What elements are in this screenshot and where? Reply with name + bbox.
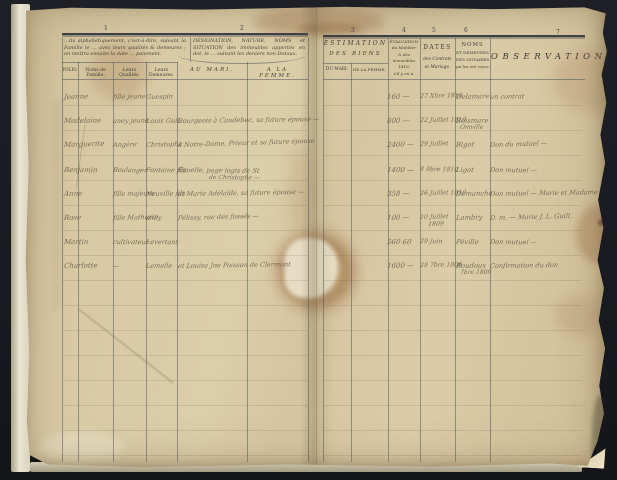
entry-name: Madelaine — [63, 116, 101, 125]
entry-amount: 160 — — [387, 93, 411, 101]
entry-family: Guespin — [146, 92, 174, 101]
entry-dwelling: Pélissy, rue des fossés — — [178, 212, 260, 222]
entry-family: Lemelle — [146, 262, 173, 270]
entry-date: 27 Xbre 1810 — [420, 92, 463, 100]
entry-date: 22 Juillet 1810 — [420, 116, 467, 124]
entry-observation: Don mutuel — Marie et Madame de C. — [490, 188, 617, 198]
entry-dwelling: à Notre-Dame, Prieur et sa future épouse — [178, 137, 316, 149]
entry-observation: un contrat — [490, 92, 525, 101]
entry-family: Fontaine fils — [145, 166, 187, 174]
entry-family: Neuville fils — [146, 189, 186, 198]
entry-amount: 358 — — [387, 190, 411, 198]
entry-amount: 800 — — [386, 117, 410, 125]
entry-name: Rose — [64, 214, 82, 222]
entry-name: Charlotte — [64, 261, 99, 270]
entry-notary2: Omville — [460, 124, 484, 131]
entry-amount: 2400 — — [387, 140, 415, 149]
entry-notary: Lambry — [456, 213, 483, 222]
entry-dwelling: Écuelle, page logis de St — [177, 166, 260, 175]
entry-notary: Demanche — [456, 189, 494, 198]
entry-date: 26 Juillet 1810 — [420, 189, 467, 197]
entry-notary: Péville — [455, 238, 479, 246]
register-page: 1 2 3 4 5 6 7 …its alphabétiquement, c'e… — [24, 5, 608, 469]
entry-family: Louis Guil. — [145, 116, 182, 125]
entry-notary2: 7bre 1806 — [460, 269, 492, 277]
entry-quality: cultivateur — [112, 238, 149, 246]
entry-date: 29 7bre 1806 — [420, 261, 463, 269]
entry-quality: Angère — [113, 140, 138, 149]
entry-notary: Boudoux — [456, 262, 487, 270]
entry-date: 29 Juillet — [420, 140, 449, 148]
entry-observation: Don mutuel — — [489, 166, 537, 174]
entry-dwelling2: de Christophe — — [208, 174, 260, 182]
entry-quality: — — [113, 262, 120, 270]
entry-date2: 1809 — [428, 221, 445, 228]
entry-notary: Ligot — [455, 166, 474, 174]
entry-quality: aney jeune — [112, 116, 149, 125]
entry-name: Martin — [63, 238, 88, 246]
entry-amount: 1600 — — [387, 262, 415, 270]
entry-date: 29 Juin — [419, 238, 442, 245]
entry-name: Jeanne — [64, 92, 89, 101]
entry-dwelling: Bourgeois à Caudebec, sa future épouse — — [177, 115, 320, 125]
handwritten-entries: Jeannefille jeuneGuespin160 —27 Xbre 181… — [24, 5, 608, 469]
entry-observation: Don mutuel — — [489, 238, 537, 246]
entry-amount: 100 — — [387, 213, 411, 222]
entry-amount: 560 60 — [386, 238, 412, 246]
scanned-register-spread: 1 2 3 4 5 6 7 …its alphabétiquement, c'e… — [0, 0, 617, 480]
entry-date: 10 Juillet — [420, 213, 449, 221]
entry-name: Marguerite — [64, 140, 105, 149]
entry-name: Benjamin — [63, 166, 98, 174]
entry-date: 8 9bre 1810 — [419, 166, 458, 173]
entry-family: Christophe — [146, 140, 183, 149]
entry-dwelling: et Marie Adélaïde, sa future épouse — — [178, 188, 306, 198]
entry-quality: fille majeure — [113, 189, 155, 198]
entry-quality: fille jeune — [113, 92, 146, 101]
entry-amount: 1400 — — [386, 166, 414, 174]
entry-observation: Don du mutuel — — [490, 139, 548, 149]
entry-notary: Bigot — [456, 140, 475, 149]
entry-name: Anne — [64, 190, 83, 198]
entry-quality: Boulanger — [112, 166, 147, 174]
entry-notary: Delamare — [456, 92, 490, 101]
entry-dwelling: et Louise Jne Poisson de Clermont — [178, 260, 292, 270]
entry-notary: Boismare — [455, 117, 489, 125]
entry-observation: Confirmation du don — [490, 261, 559, 270]
entry-observation: D. m. — Marie J. L. Guill. — [490, 212, 573, 222]
entry-family: Levertant — [145, 238, 178, 246]
entry-quality: fille Mathurin — [113, 213, 159, 222]
entry-family: aney — [146, 214, 163, 222]
